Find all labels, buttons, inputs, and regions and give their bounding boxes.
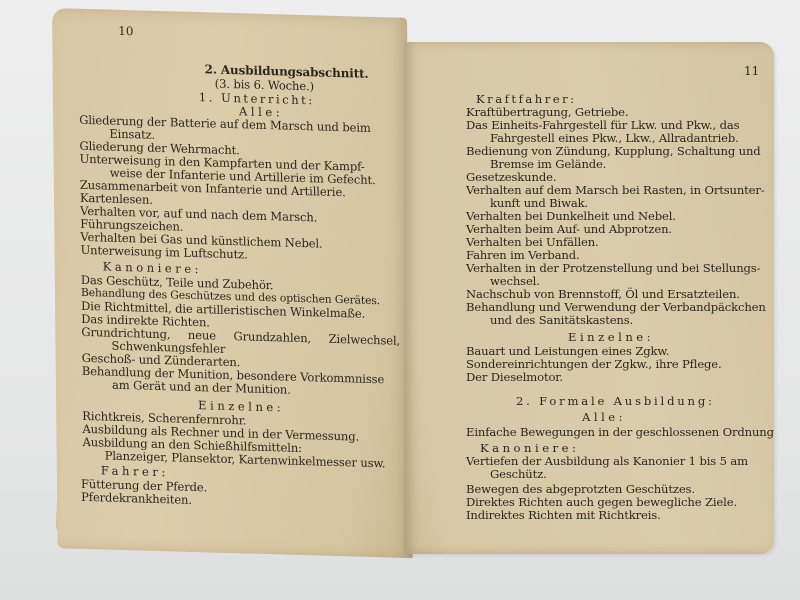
list-item: Der Dieselmotor. <box>466 370 563 384</box>
list-item: Geschütz. <box>490 467 547 481</box>
list-item: Nachschub von Brennstoff, Öl und Ersatzt… <box>466 287 740 301</box>
list-item: wechsel. <box>490 274 540 288</box>
list-item: Fahren im Verband. <box>466 248 580 262</box>
group-label-alle: Alle: <box>582 410 626 424</box>
list-item: Verhalten auf dem Marsch bei Rasten, in … <box>466 183 765 197</box>
list-item: Das Einheits-Fahrgestell für Lkw. und Pk… <box>466 118 739 132</box>
group-label-einzelne: Einzelne: <box>568 330 654 344</box>
group-label-kanoniere: Kanoniere: <box>480 441 579 455</box>
list-item: Indirektes Richten mit Richtkreis. <box>466 508 661 522</box>
list-item: Verhalten in der Protzenstellung und bei… <box>466 261 760 275</box>
list-item: Direktes Richten auch gegen bewegliche Z… <box>466 495 737 509</box>
list-item: Verhalten beim Auf- und Abprotzen. <box>466 222 672 236</box>
group-label-kraftfahrer: Kraftfahrer: <box>476 92 577 106</box>
list-item: kunft und Biwak. <box>490 196 588 210</box>
list-item: Kraftübertragung, Getriebe. <box>466 105 628 119</box>
list-item: Bauart und Leistungen eines Zgkw. <box>466 344 669 358</box>
list-item: Bewegen des abgeprotzten Geschützes. <box>466 482 695 496</box>
list-item: Vertiefen der Ausbildung als Kanonier 1 … <box>466 454 748 468</box>
list-item: Verhalten bei Unfällen. <box>466 235 599 249</box>
list-item: und des Sanitätskastens. <box>490 313 633 327</box>
right-page: 11 Kraftfahrer: Kraftübertragung, Getrie… <box>404 42 774 554</box>
list-item: Verhalten bei Dunkelheit und Nebel. <box>466 209 676 223</box>
list-item: Bremse im Gelände. <box>490 157 606 171</box>
list-item: Gesetzeskunde. <box>466 170 556 184</box>
list-item: Fahrgestell eines Pkw., Lkw., Allradantr… <box>490 131 739 145</box>
list-item: Einfache Bewegungen in der geschlossenen… <box>466 425 774 439</box>
left-page: 10 2. Ausbildungsabschnitt. (3. bis 6. W… <box>52 8 413 558</box>
list-item: Pferdekrankheiten. <box>81 490 192 507</box>
list-item: Bedienung von Zündung, Kupplung, Schaltu… <box>466 144 761 158</box>
list-item: Behandlung und Verwendung der Verbandpäc… <box>466 300 766 314</box>
page-number-left: 10 <box>118 24 133 38</box>
page-number-right: 11 <box>744 64 759 78</box>
list-item: Sondereinrichtungen der Zgkw., ihre Pfle… <box>466 357 722 371</box>
section-title: 2. Formale Ausbildung: <box>516 394 715 408</box>
